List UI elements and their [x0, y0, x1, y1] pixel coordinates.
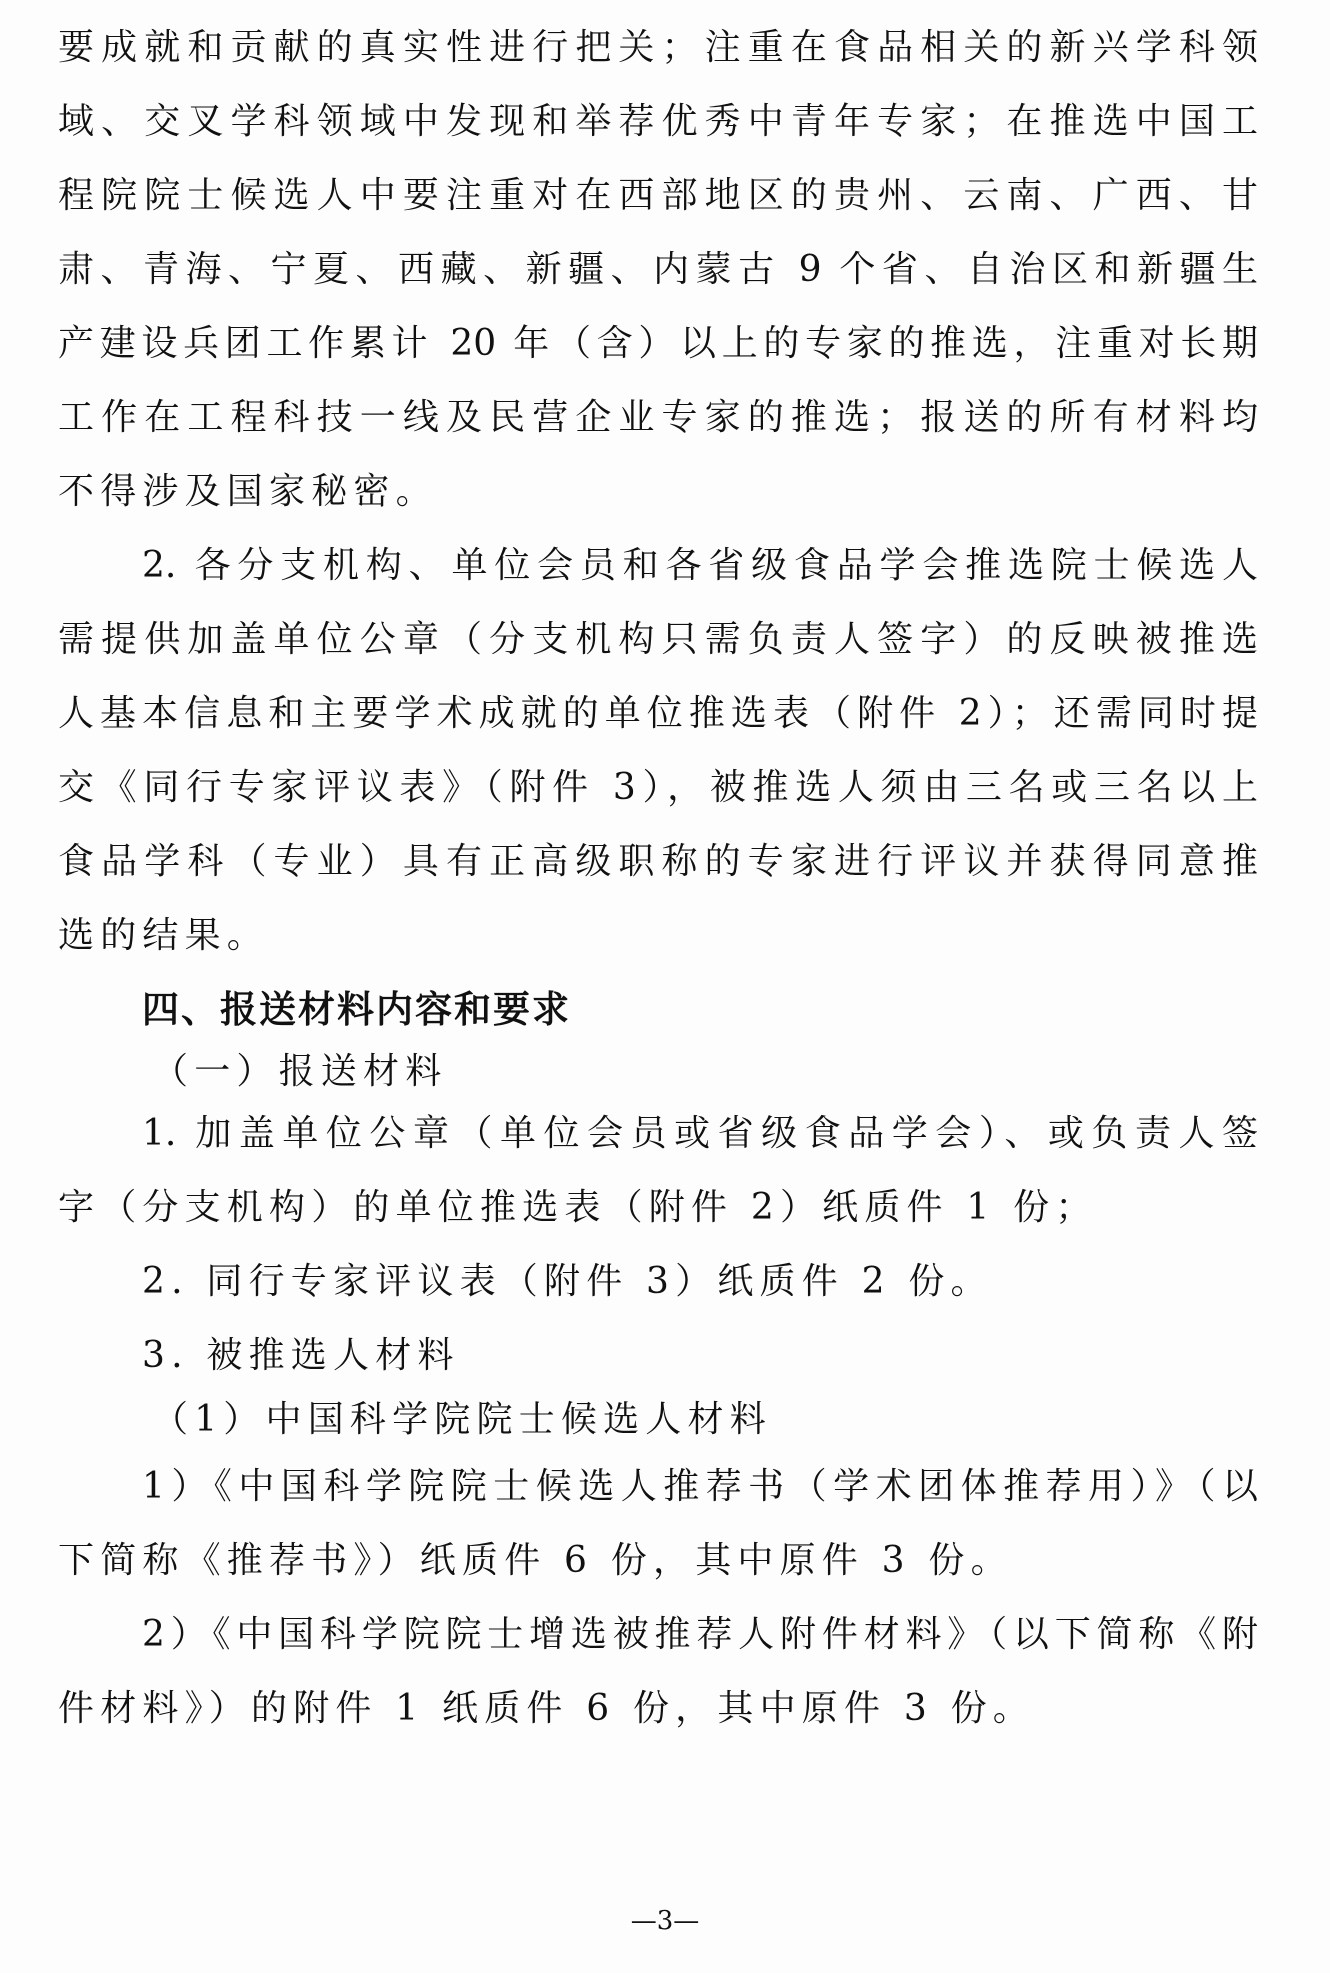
sub-list-item-line: 下简称《推荐书》）纸质件 6 份，其中原件 3 份。 — [58, 1537, 1258, 1585]
list-item-line: 1. 加盖单位公章（单位会员或省级食品学会）、或负责人签 — [142, 1110, 1258, 1158]
sub-list-item-line: 件材料》）的附件 1 纸质件 6 份，其中原件 3 份。 — [58, 1685, 1258, 1733]
sub-list-item-line: 2）《中国科学院院士增选被推荐人附件材料》（以下简称《附 — [142, 1611, 1258, 1659]
paragraph-line: 交《同行专家评议表》（附件 3），被推选人须由三名或三名以上 — [58, 764, 1258, 812]
paragraph-line: 工作在工程科技一线及民营企业专家的推选；报送的所有材料均 — [58, 394, 1258, 442]
paragraph-line: 2. 各分支机构、单位会员和各省级食品学会推选院士候选人 — [142, 542, 1258, 590]
paragraph-line: 不得涉及国家秘密。 — [58, 468, 1258, 516]
list-item: 3. 被推选人材料 — [142, 1332, 1258, 1380]
page-number: —3— — [0, 1904, 1330, 1938]
paragraph-line: 需提供加盖单位公章（分支机构只需负责人签字）的反映被推选 — [58, 616, 1258, 664]
paragraph-line: 要成就和贡献的真实性进行把关；注重在食品相关的新兴学科领 — [58, 24, 1258, 72]
paragraph-line: 食品学科（专业）具有正高级职称的专家进行评议并获得同意推 — [58, 838, 1258, 886]
subsection-heading: （一）报送材料 — [152, 1048, 1330, 1096]
list-item-line: 字（分支机构）的单位推选表（附件 2）纸质件 1 份； — [58, 1184, 1258, 1232]
sub-list-item: （1）中国科学院院士候选人材料 — [152, 1396, 1330, 1444]
sub-list-item-line: 1）《中国科学院院士候选人推荐书（学术团体推荐用）》（以 — [142, 1463, 1258, 1511]
list-item: 2. 同行专家评议表（附件 3）纸质件 2 份。 — [142, 1258, 1258, 1306]
document-page: 要成就和贡献的真实性进行把关；注重在食品相关的新兴学科领 域、交叉学科领域中发现… — [0, 0, 1330, 1973]
paragraph-line: 产建设兵团工作累计 20 年（含）以上的专家的推选，注重对长期 — [58, 320, 1258, 368]
paragraph-line: 人基本信息和主要学术成就的单位推选表（附件 2）；还需同时提 — [58, 690, 1258, 738]
section-heading: 四、报送材料内容和要求 — [142, 986, 1330, 1034]
paragraph-line: 域、交叉学科领域中发现和举荐优秀中青年专家；在推选中国工 — [58, 98, 1258, 146]
paragraph-line: 选的结果。 — [58, 912, 1258, 960]
paragraph-line: 肃、青海、宁夏、西藏、新疆、内蒙古 9 个省、自治区和新疆生 — [58, 246, 1258, 294]
paragraph-line: 程院院士候选人中要注重对在西部地区的贵州、云南、广西、甘 — [58, 172, 1258, 220]
